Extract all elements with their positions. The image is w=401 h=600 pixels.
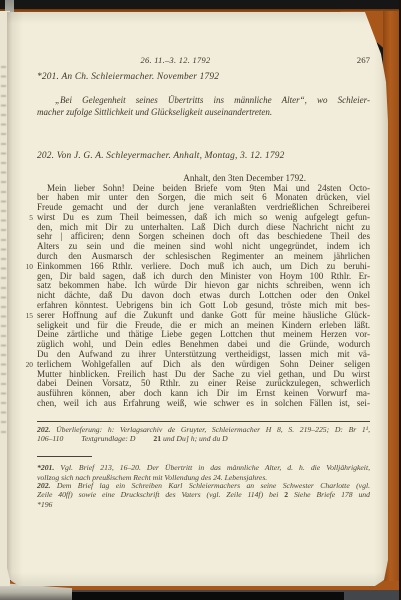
footnote-202-line-3: *196	[37, 500, 370, 510]
running-head-date-range: 26. 11.–3. 12. 1792	[37, 55, 370, 66]
footnote-201-number: *201.	[37, 463, 54, 472]
footnote-202-text: Dem Brief lag ein Schreiben Karl Schleie…	[57, 481, 370, 490]
letter-202-dateline: Anhalt, den 3ten December 1792.	[37, 173, 370, 183]
body-line: chen, weil ich aus Erfahrung weiß, wie s…	[37, 399, 370, 409]
apparatus-line-1: 202. Überlieferung: h: Verlagsarchiv de …	[37, 425, 370, 435]
letter-202-body: 5 10 15 20 Mein lieber Sohn! Deine beide…	[37, 184, 370, 409]
letter-201-heading: *201. An Ch. Schleiermacher. November 17…	[37, 72, 370, 82]
shadow-under-book	[72, 592, 344, 600]
footnote-202-line-ref: 2	[284, 490, 288, 499]
apparatus-ueberlieferung: Überlieferung: h: Verlagsarchiv de Gruyt…	[56, 425, 370, 434]
footnote-divider-rule	[37, 456, 92, 457]
apparatus-divider-rule	[37, 421, 370, 422]
footnote-202-text-continued: Zeile 40ff) sowie eine Druckschrift des …	[37, 490, 278, 499]
scanned-book-photo: 26. 11.–3. 12. 1792 267 *201. An Ch. Sch…	[0, 0, 401, 600]
margin-line-number: 5	[17, 213, 33, 223]
footnote-202-line-1: 202. Dem Brief lag ein Schreiben Karl Sc…	[37, 481, 370, 491]
running-head: 26. 11.–3. 12. 1792 267	[37, 55, 370, 66]
margin-line-number: 20	[17, 360, 33, 370]
footnote-202-number: 202.	[37, 481, 50, 490]
apparatus-variant-reading: und Du] h; und du D	[163, 434, 228, 443]
page-number: 267	[357, 55, 370, 66]
margin-line-number: 10	[17, 262, 33, 272]
apparatus-line-2: 106–110 Textgrundlage: D 21 und Du] h; u…	[37, 434, 370, 444]
letter-202-heading: 202. Von J. G. A. Schleyermacher. Anhalt…	[37, 151, 370, 161]
apparatus-line-ref: 21	[153, 434, 161, 443]
footnote-201-line-1: *201. Vgl. Brief 213, 16–20. Der Übertri…	[37, 463, 370, 473]
apparatus-textgrundlage: Textgrundlage: D	[81, 434, 135, 443]
footnote-202-line-2: Zeile 40ff) sowie eine Druckschrift des …	[37, 490, 370, 500]
letter-201-regest-line-1: „Bei Gelegenheit seines Übertritts ins m…	[37, 95, 370, 105]
apparatus-letter-number: 202.	[37, 425, 50, 434]
book-page: 26. 11.–3. 12. 1792 267 *201. An Ch. Sch…	[7, 12, 388, 586]
apparatus-pages: 106–110	[37, 434, 63, 443]
footnote-202-second-note: Siehe Briefe 178 und	[294, 490, 370, 499]
letter-201-regest-line-2: macher zufolge Sittlichkeit und Glücksel…	[37, 107, 370, 117]
margin-line-number: 15	[17, 311, 33, 321]
footnote-201-text: Vgl. Brief 213, 16–20. Der Übertritt in …	[60, 463, 370, 472]
